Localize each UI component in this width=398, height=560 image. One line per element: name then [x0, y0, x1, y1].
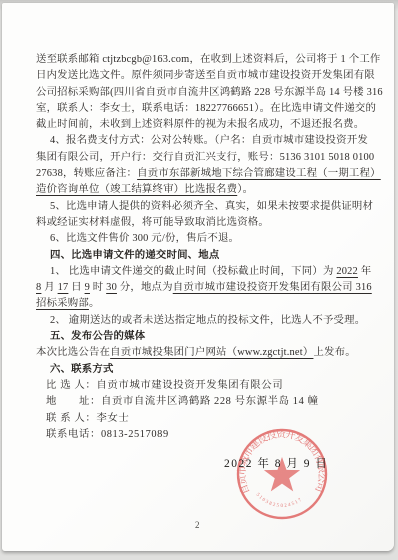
text-line: 室，联系人：李女士，联系电话：18227766651）。在比选申请文件递交的 [36, 101, 370, 117]
text-run: 比 选 人：自贡市城市建设投资开发集团有限公司 [46, 380, 283, 391]
underlined-text: 造价咨询单位（竣工结算终审）比选报名费 [36, 184, 237, 195]
text-line: 四、比选申请文件的递交时间、地点 [36, 248, 370, 264]
text-line: 4、报名费支付方式：公对公转账。（户名：自贡市城市建设投资开发 [36, 133, 370, 149]
text-run: 室，联系人：李女士，联系电话：18227766651）。在比选申请文件递交的 [36, 103, 376, 114]
text-run: 日内发送比选文件。原件须同步寄送至自贡市城市建设投资开发集团有限 [36, 70, 375, 81]
text-run: 送至联系邮箱 ctjtzbcgb@163.com，在收到上述资料后，公司将于 1… [36, 54, 381, 65]
text-line: 集团有限公司，开户行：交行自贡汇兴支行，账号：5136 3101 5018 01… [36, 150, 370, 166]
text-line: 8 月 17 日 9 时 30 分，地点为自贡市城市建设投资开发集团有限公司 3… [36, 280, 370, 296]
text-run: 日 [68, 282, 84, 293]
text-run: 4、报名费支付方式：公对公转账。（户名：自贡市城市建设投资开发 [50, 135, 368, 146]
text-run: 地 址：自贡市自流井区鸿鹤路 228 号东源半岛 14 幢 [46, 396, 319, 407]
company-seal: 自贡市城市建设投资开发集团有限公司 5103825024517 [226, 418, 338, 530]
underlined-text: 2022 [336, 266, 358, 277]
heading-text: 六、联系方式 [50, 364, 114, 375]
date-stamp: 2022 年 8 月 9 日 [224, 455, 328, 471]
text-run: 联 系 人：李女士 [46, 413, 129, 424]
text-line: 五、发布公告的媒体 [36, 329, 370, 345]
page-number: 2 [195, 520, 200, 530]
text-run: 2、 逾期送达的或者未送达指定地点的投标文件，比选人不予受理。 [50, 315, 365, 326]
text-run: 集团有限公司，开户行：交行自贡汇兴支行，账号：5136 3101 5018 01… [36, 152, 374, 163]
text-run: ）。 [237, 184, 253, 195]
text-line: 料或经证实材料虚假，将可能导致取消比选资格。 [36, 215, 370, 231]
underlined-text: 自贡市城市建设投资开发集团有限公司 316 [173, 282, 372, 293]
text-run: 联系电话：0813-2517089 [46, 429, 169, 440]
company-seal-graphic: 自贡市城市建设投资开发集团有限公司 5103825024517 [226, 418, 338, 530]
text-run: 5、比选申请人提供的资料必须齐全、真实，如果未按要求提供证明材 [50, 201, 373, 212]
text-line: 2、 逾期送达的或者未送达指定地点的投标文件，比选人不予受理。 [36, 313, 370, 329]
text-line: 招标采购部。 [36, 296, 370, 312]
text-line: 六、联系方式 [36, 362, 370, 378]
underlined-text: 招标采购部 [36, 298, 89, 309]
seal-serial-number: 5103825024517 [255, 492, 304, 508]
text-run: 月 [41, 282, 57, 293]
text-run: 27638，转账应备注： [36, 168, 137, 179]
underlined-text: 自贡市东部新城地下综合管廊建设工程（一期工程） [137, 168, 381, 179]
text-line: 本次比选公告在自贡市城投集团门户网站（www.zgctjt.net）上发布。 [36, 345, 370, 361]
document-page: 送至联系邮箱 ctjtzbcgb@163.com，在收到上述资料后，公司将于 1… [2, 3, 394, 551]
text-line: 造价咨询单位（竣工结算终审）比选报名费）。 [36, 182, 370, 198]
text-run: 本次比选公告在 [36, 347, 110, 358]
text-line: 截止时间前，未收到上述资料原件的视为未报名成功，不退还报名费。 [36, 117, 370, 133]
text-run: 截止时间前，未收到上述资料原件的视为未报名成功，不退还报名费。 [36, 119, 364, 130]
text-run: 料或经证实材料虚假，将可能导致取消比选资格。 [36, 217, 269, 228]
text-line: 1、 比选申请文件递交的截止时间（投标截止时间，下同）为 2022 年 [36, 264, 370, 280]
document-body: 送至联系邮箱 ctjtzbcgb@163.com，在收到上述资料后，公司将于 1… [36, 52, 370, 443]
heading-text: 五、发布公告的媒体 [50, 331, 145, 342]
text-line: 6、比选文件售价 300 元/份，售后不退。 [36, 231, 370, 247]
text-line: 27638，转账应备注：自贡市东部新城地下综合管廊建设工程（一期工程） [36, 166, 370, 182]
heading-text: 四、比选申请文件的递交时间、地点 [50, 250, 219, 261]
text-line: 送至联系邮箱 ctjtzbcgb@163.com，在收到上述资料后，公司将于 1… [36, 52, 370, 68]
text-line: 日内发送比选文件。原件须同步寄送至自贡市城市建设投资开发集团有限 [36, 68, 370, 84]
text-run: 1、 比选申请文件递交的截止时间（投标截止时间，下同）为 [50, 266, 336, 277]
text-line: 5、比选申请人提供的资料必须齐全、真实，如果未按要求提供证明材 [36, 199, 370, 215]
text-run: 分，地点为 [117, 282, 173, 293]
text-run: 公司招标采购部(四川省自贡市自流井区鸿鹤路 228 号东源半岛 14 号楼 31… [36, 87, 383, 98]
text-line: 公司招标采购部(四川省自贡市自流井区鸿鹤路 228 号东源半岛 14 号楼 31… [36, 85, 370, 101]
text-run: 年 [358, 266, 371, 277]
text-run: 。 [89, 298, 100, 309]
text-run: 6、比选文件售价 300 元/份，售后不退。 [50, 233, 239, 244]
text-run: 时 [90, 282, 106, 293]
text-line: 比 选 人：自贡市城市建设投资开发集团有限公司 [36, 378, 370, 394]
text-run: 上发布。 [313, 347, 355, 358]
underlined-text: 自贡市城投集团门户网站（www.zgctjt.net） [110, 347, 313, 358]
scanned-page: 送至联系邮箱 ctjtzbcgb@163.com，在收到上述资料后，公司将于 1… [0, 0, 398, 560]
underlined-text: 17 [58, 282, 69, 293]
text-line: 地 址：自贡市自流井区鸿鹤路 228 号东源半岛 14 幢 [36, 394, 370, 410]
underlined-text: 30 [106, 282, 117, 293]
